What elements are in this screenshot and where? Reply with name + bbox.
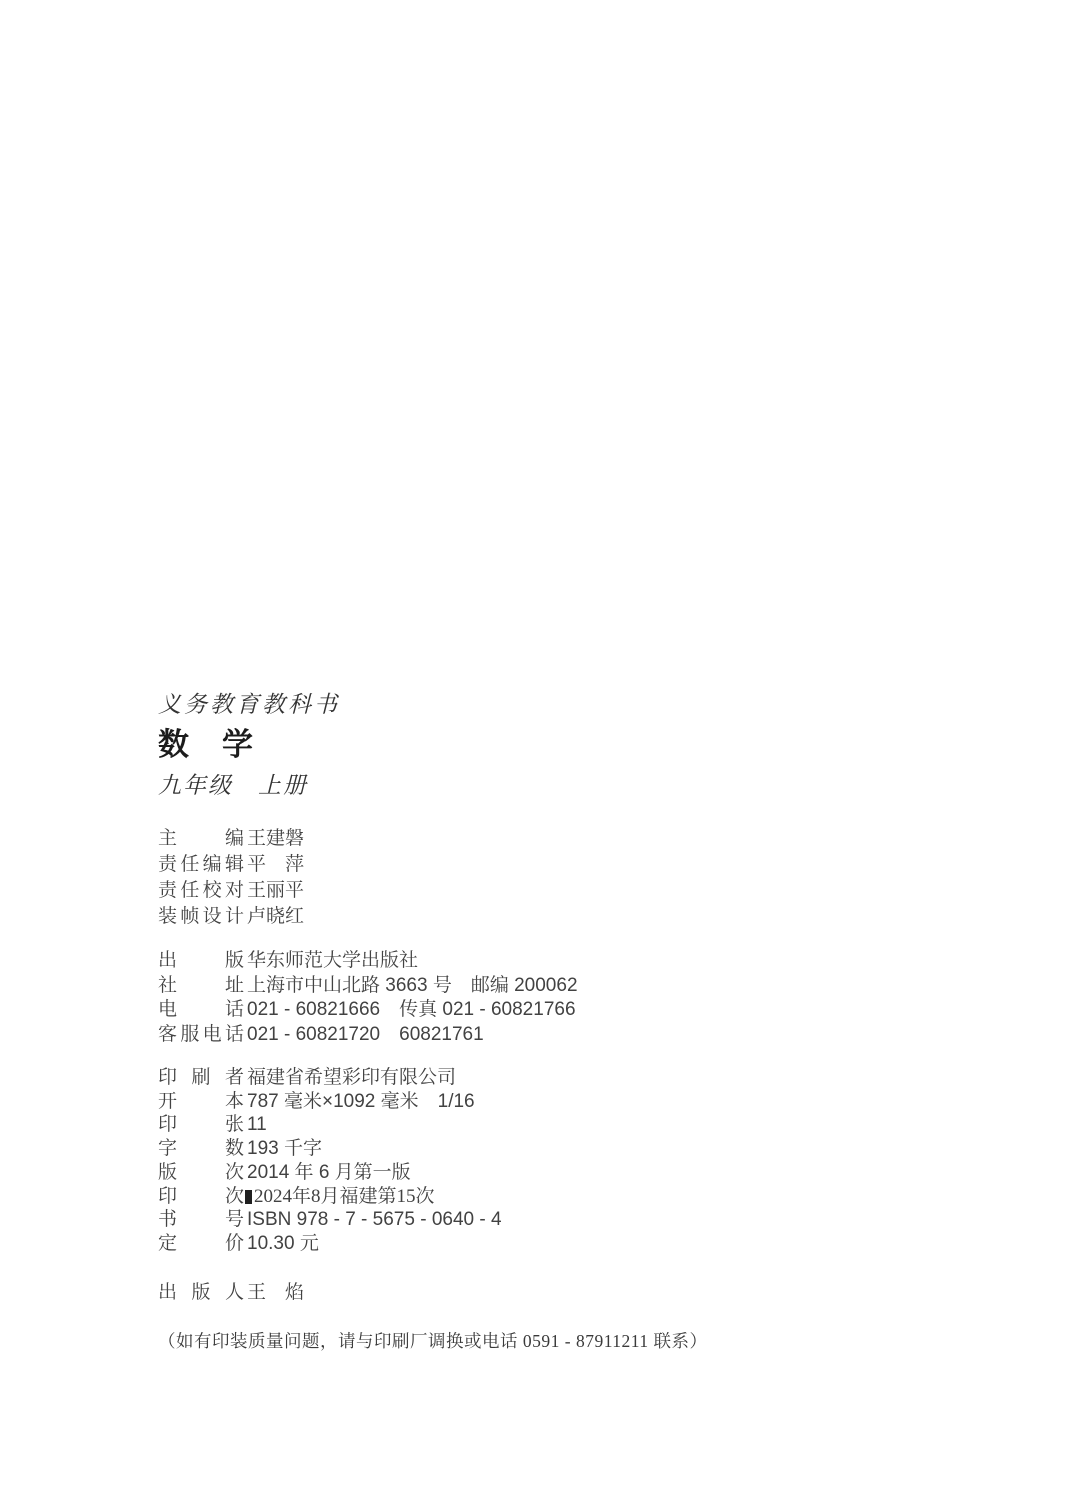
row-label: 责任校对 [158, 878, 244, 904]
publisher-row-phone: 电话021 - 60821666 传真 021 - 60821766 [158, 998, 858, 1023]
row-value: 上海市中山北路 3663 号 邮编 200062 [247, 975, 578, 996]
row-value: 王丽平 [247, 880, 304, 901]
row-label: 字数 [158, 1137, 244, 1161]
row-value: 193 千字 [247, 1138, 322, 1159]
printing-row-wordcount: 字数193 千字 [158, 1137, 858, 1161]
row-label: 印次 [158, 1185, 244, 1209]
row-value: 福建省希望彩印有限公司 [247, 1067, 456, 1088]
row-label: 开本 [158, 1090, 244, 1114]
book-title: 数 学 [158, 727, 858, 763]
publisher-section: 出版华东师范大学出版社 社址上海市中山北路 3663 号 邮编 200062 电… [158, 949, 858, 1047]
publisher-row-press: 出版华东师范大学出版社 [158, 949, 858, 974]
colophon-block: 义务教育教科书 数 学 九年级 上册 主编王建磐 责任编辑平 萍 责任校对王丽平… [158, 692, 858, 1352]
publisher-person-row: 出版人王 焰 [158, 1280, 858, 1306]
quality-note: （如有印装质量问题，请与印刷厂调换或电话 0591 - 87911211 联系） [158, 1330, 858, 1352]
row-label: 书号 [158, 1208, 244, 1232]
row-label: 电话 [158, 998, 244, 1023]
credits-section: 主编王建磐 责任编辑平 萍 责任校对王丽平 装帧设计卢晓红 [158, 826, 858, 930]
printing-row-edition: 版次2014 年 6 月第一版 [158, 1161, 858, 1185]
row-value: 卢晓红 [247, 906, 304, 927]
row-value: 2024年8月福建第15次 [247, 1186, 435, 1207]
row-label: 版次 [158, 1161, 244, 1185]
row-label: 客服电话 [158, 1023, 244, 1048]
row-label: 主编 [158, 826, 244, 852]
row-value: 王 焰 [247, 1282, 304, 1303]
publisher-row-service-phone: 客服电话021 - 60821720 60821761 [158, 1023, 858, 1048]
series-title: 义务教育教科书 [158, 692, 858, 718]
printing-row-sheets: 印张11 [158, 1113, 858, 1137]
row-value: 平 萍 [247, 854, 304, 875]
credits-row-proofreader: 责任校对王丽平 [158, 878, 858, 904]
row-value: 021 - 60821666 传真 021 - 60821766 [247, 999, 576, 1020]
row-value: ISBN 978 - 7 - 5675 - 0640 - 4 [247, 1209, 502, 1230]
credits-row-chief-editor: 主编王建磐 [158, 826, 858, 852]
row-value: 2014 年 6 月第一版 [247, 1162, 411, 1183]
row-label: 印张 [158, 1113, 244, 1137]
row-value: 787 毫米×1092 毫米 1/16 [247, 1091, 475, 1112]
printing-row-impression: 印次2024年8月福建第15次 [158, 1185, 858, 1209]
grade-volume: 九年级 上册 [158, 773, 858, 799]
row-label: 装帧设计 [158, 904, 244, 930]
row-label: 定价 [158, 1232, 244, 1256]
impression-text: 2024年8月福建第15次 [254, 1186, 435, 1207]
row-value: 11 [247, 1114, 267, 1135]
printing-row-printer: 印刷者福建省希望彩印有限公司 [158, 1066, 858, 1090]
publisher-row-address: 社址上海市中山北路 3663 号 邮编 200062 [158, 974, 858, 999]
printing-section: 印刷者福建省希望彩印有限公司 开本787 毫米×1092 毫米 1/16 印张1… [158, 1066, 858, 1256]
row-label: 印刷者 [158, 1066, 244, 1090]
row-label: 责任编辑 [158, 852, 244, 878]
row-label: 出版人 [158, 1280, 244, 1306]
colophon-page: 义务教育教科书 数 学 九年级 上册 主编王建磐 责任编辑平 萍 责任校对王丽平… [0, 0, 1080, 1496]
row-value: 王建磐 [247, 828, 304, 849]
stamp-mark-icon [245, 1190, 252, 1204]
printing-row-isbn: 书号ISBN 978 - 7 - 5675 - 0640 - 4 [158, 1208, 858, 1232]
row-value: 10.30 元 [247, 1233, 319, 1254]
credits-row-responsible-editor: 责任编辑平 萍 [158, 852, 858, 878]
row-value: 021 - 60821720 60821761 [247, 1024, 484, 1045]
row-value: 华东师范大学出版社 [247, 950, 418, 971]
printing-row-format: 开本787 毫米×1092 毫米 1/16 [158, 1090, 858, 1114]
row-label: 社址 [158, 974, 244, 999]
printing-row-price: 定价10.30 元 [158, 1232, 858, 1256]
credits-row-designer: 装帧设计卢晓红 [158, 904, 858, 930]
row-label: 出版 [158, 949, 244, 974]
